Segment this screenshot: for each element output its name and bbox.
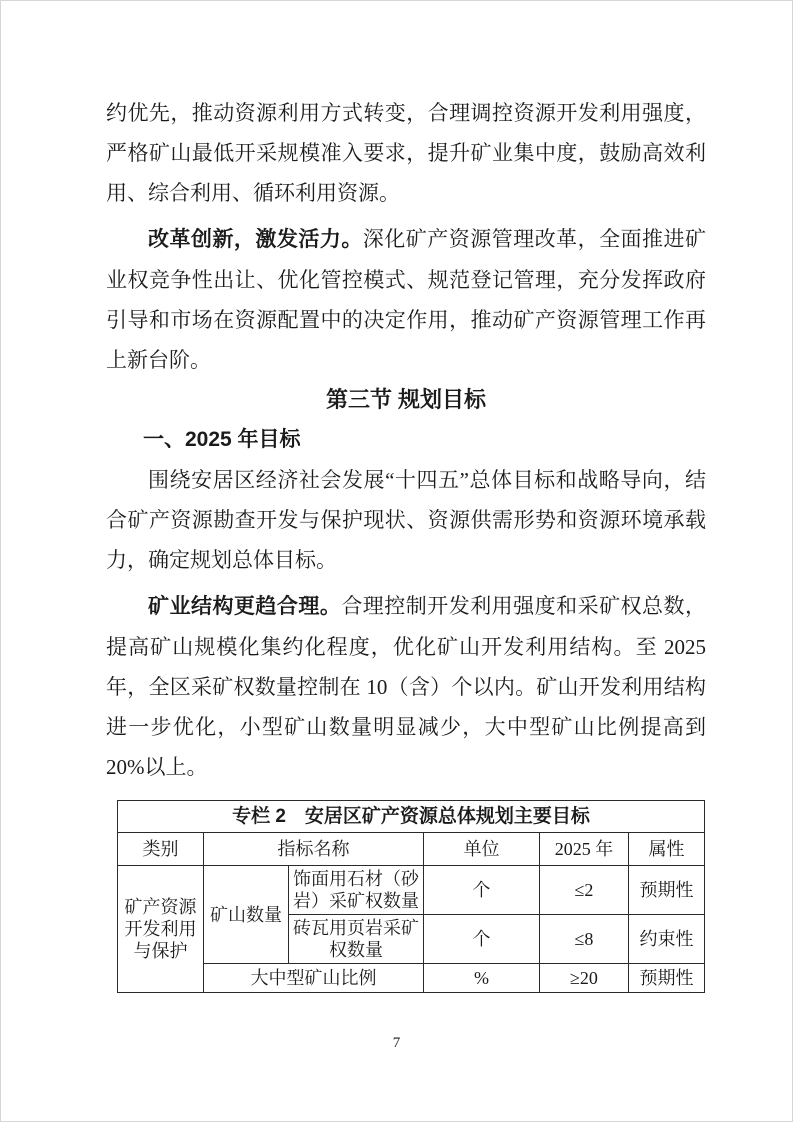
paragraph-text: 合理控制开发利用强度和采矿权总数，提高矿山规模化集约化程度，优化矿山开发利用结构… xyxy=(106,594,706,779)
body-paragraph-structure: 矿业结构更趋合理。合理控制开发利用强度和采矿权总数，提高矿山规模化集约化程度，优… xyxy=(106,586,706,787)
column-header-year: 2025 年 xyxy=(540,833,629,866)
page-number: 7 xyxy=(1,1033,792,1053)
unit-cell: 个 xyxy=(424,915,540,964)
indicator-cell: 饰面用石材（砂岩）采矿权数量 xyxy=(289,866,424,915)
table-title: 专栏 2 安居区矿产资源总体规划主要目标 xyxy=(118,801,705,833)
document-page: 约优先，推动资源利用方式转变，合理调控资源开发利用强度，严格矿山最低开采规模准入… xyxy=(0,0,793,1122)
attribute-cell: 预期性 xyxy=(629,964,705,993)
table-row: 大中型矿山比例 % ≥20 预期性 xyxy=(118,964,705,993)
table-header-row: 类别 指标名称 单位 2025 年 属性 xyxy=(118,833,705,866)
subsection-heading: 一、2025 年目标 xyxy=(106,420,706,460)
section-heading: 第三节 规划目标 xyxy=(106,380,706,420)
unit-cell: 个 xyxy=(424,866,540,915)
paragraph-lead: 改革创新，激发活力。 xyxy=(148,228,363,251)
unit-cell: % xyxy=(424,964,540,993)
paragraph-text: 围绕安居区经济社会发展“十四五”总体目标和战略导向，结合矿产资源勘查开发与保护现… xyxy=(106,468,706,572)
target-cell: ≥20 xyxy=(540,964,629,993)
indicator-cell: 大中型矿山比例 xyxy=(204,964,424,993)
paragraph-text: 约优先，推动资源利用方式转变，合理调控资源开发利用强度，严格矿山最低开采规模准入… xyxy=(106,101,706,205)
document-body: 约优先，推动资源利用方式转变，合理调控资源开发利用强度，严格矿山最低开采规模准入… xyxy=(106,93,706,993)
body-paragraph-reform: 改革创新，激发活力。深化矿产资源管理改革，全面推进矿业权竞争性出让、优化管控模式… xyxy=(106,219,706,380)
column-header-attribute: 属性 xyxy=(629,833,705,866)
table-row: 矿产资源开发利用与保护 矿山数量 饰面用石材（砂岩）采矿权数量 个 ≤2 预期性 xyxy=(118,866,705,915)
column-header-indicator: 指标名称 xyxy=(204,833,424,866)
target-cell: ≤2 xyxy=(540,866,629,915)
table-title-row: 专栏 2 安居区矿产资源总体规划主要目标 xyxy=(118,801,705,833)
indicator-group-cell: 矿山数量 xyxy=(204,866,289,964)
paragraph-lead: 矿业结构更趋合理。 xyxy=(148,595,341,618)
target-cell: ≤8 xyxy=(540,915,629,964)
attribute-cell: 约束性 xyxy=(629,915,705,964)
category-cell: 矿产资源开发利用与保护 xyxy=(118,866,204,993)
indicator-cell: 砖瓦用页岩采矿权数量 xyxy=(289,915,424,964)
column-header-unit: 单位 xyxy=(424,833,540,866)
body-paragraph-overview: 围绕安居区经济社会发展“十四五”总体目标和战略导向，结合矿产资源勘查开发与保护现… xyxy=(106,460,706,580)
attribute-cell: 预期性 xyxy=(629,866,705,915)
planning-goals-table: 专栏 2 安居区矿产资源总体规划主要目标 类别 指标名称 单位 2025 年 属… xyxy=(117,800,705,993)
body-paragraph-continuation: 约优先，推动资源利用方式转变，合理调控资源开发利用强度，严格矿山最低开采规模准入… xyxy=(106,93,706,213)
column-header-category: 类别 xyxy=(118,833,204,866)
